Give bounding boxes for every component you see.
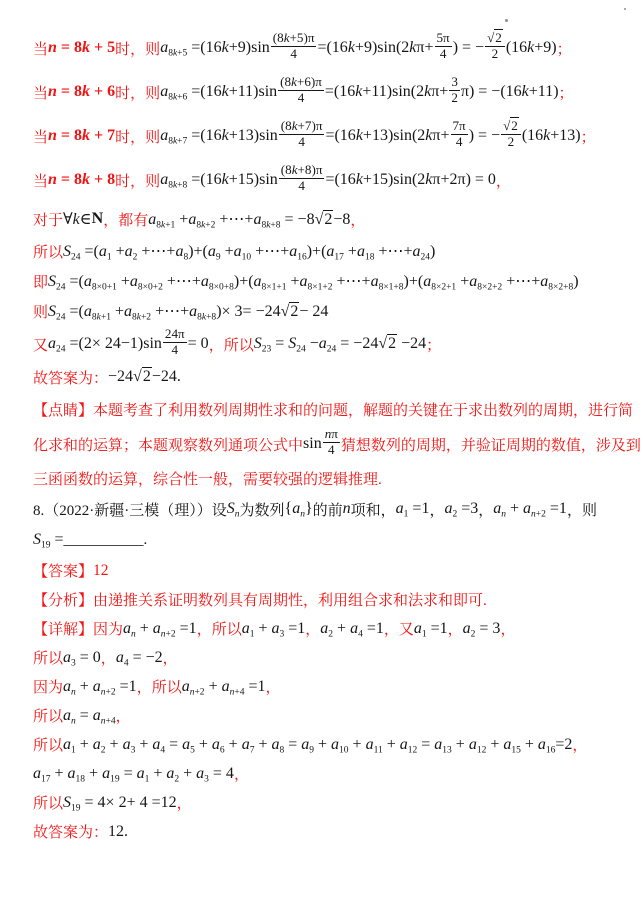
text-run: ，	[177, 792, 192, 813]
text-run: 时，则	[115, 38, 160, 59]
doc-line: 【答案】12	[33, 556, 632, 585]
math-run: a8k+7 =(16k+13)sin(8k+7)π4=(16k+13)sin(2…	[160, 121, 580, 151]
text-run: 猜想数列的周期，并验证周期的数值，涉及到	[341, 434, 641, 455]
math-run: −24√2−24.	[108, 368, 181, 386]
text-run: ，	[478, 499, 493, 520]
text-run: ，	[572, 734, 587, 755]
doc-line: 8.（2022·新疆·三模（理））设Sn为数列{an}的前n项和，a1 =1，a…	[33, 494, 632, 524]
doc-line: 三函函数的运算，综合性一般，需要较强的逻辑推理.	[33, 462, 632, 494]
math-run: n = 8k + 7	[48, 127, 115, 145]
doc-line: 对于∀k∈N，都有a8k+1 +a8k+2 +⋯+a8k+8 = −8√2−8，	[33, 202, 632, 236]
doc-line: 所以S24 =(a1 +a2 +⋯+a8)+(a9 +a10 +⋯+a16)+(…	[33, 236, 632, 266]
doc-line: 所以a3 = 0，a4 = −2，	[33, 643, 632, 672]
math-run: a2 = 3	[463, 620, 501, 638]
doc-line: 则S24 =(a8k+1 +a8k+2 +⋯+a8k+8)× 3= −24√2−…	[33, 296, 632, 326]
text-run: 三函函数的运算，综合性一般，需要较强的逻辑推理.	[33, 468, 382, 489]
text-run: 故答案为：	[33, 367, 108, 388]
text-run: ，所以	[197, 618, 242, 639]
doc-line: 当n = 8k + 7时，则a8k+7 =(16k+13)sin(8k+7)π4…	[33, 114, 632, 158]
math-run: a1 =1	[396, 500, 430, 518]
math-run: S24 =(a8×0+1 +a8×0+2 +⋯+a8×0+8)+(a8×1+1 …	[48, 271, 579, 291]
math-run: n = 8k + 6	[48, 83, 115, 101]
text-run: 项和，	[351, 499, 396, 520]
text-run: 因为	[33, 676, 63, 697]
doc-line: 化求和的运算；本题观察数列通项公式中sinnπ4猜想数列的周期，并验证周期的数值…	[33, 426, 632, 462]
doc-line: 当n = 8k + 8时，则a8k+8 =(16k+15)sin(8k+8)π4…	[33, 158, 632, 202]
math-run: a1 + a3 =1	[242, 620, 306, 638]
math-run: a4 = −2	[116, 649, 163, 667]
math-run: 12.	[108, 823, 128, 841]
math-run: S24 =(a1 +a2 +⋯+a8)+(a9 +a10 +⋯+a16)+(a1…	[63, 241, 435, 261]
math-run: a17 + a18 + a19 = a1 + a2 + a3 = 4	[33, 765, 234, 783]
text-run: ，	[116, 705, 131, 726]
text-run: ；	[557, 38, 572, 59]
text-run: ；	[581, 126, 596, 147]
text-run: 【点睛】本题考查了利用数列周期性求和的问题，解题的关键在于求出数列的周期，进行简	[33, 399, 633, 420]
text-run: 所以	[33, 241, 63, 262]
text-run: 所以	[224, 334, 254, 355]
text-run: ，	[209, 334, 224, 355]
doc-line: a17 + a18 + a19 = a1 + a2 + a3 = 4，	[33, 759, 632, 788]
text-run: 的前	[313, 499, 343, 520]
text-run: 当	[33, 126, 48, 147]
math-run: a8k+5 =(16k+9)sin(8k+5)π4=(16k+9)sin(2kπ…	[160, 33, 556, 63]
doc-line: 又a24 =(2× 24−1)sin24π4= 0，所以S23 = S24 −a…	[33, 326, 632, 362]
text-run: ；	[426, 334, 441, 355]
text-run: 所以	[33, 705, 63, 726]
text-run: 时，则	[115, 170, 160, 191]
math-run: a8k+8 =(16k+15)sin(8k+8)π4=(16k+15)sin(2…	[160, 165, 496, 195]
text-run: 所以	[33, 647, 63, 668]
text-run: 所以	[33, 792, 63, 813]
math-run: an + an+2 =1	[63, 678, 137, 696]
text-run: 当	[33, 170, 48, 191]
text-run: ，	[496, 170, 511, 191]
text-run: 都有	[118, 209, 148, 230]
doc-line: 【详解】因为an + an+2 =1，所以a1 + a3 =1，a2 + a4 …	[33, 614, 632, 643]
math-run: n = 8k + 8	[48, 171, 115, 189]
text-run: ，	[350, 209, 365, 230]
text-run: ，	[305, 618, 320, 639]
math-run: S23 = S24 −a24 = −24√2 −24	[254, 335, 426, 353]
math-run: a1 + a2 + a3 + a4 = a5 + a6 + a7 + a8 = …	[63, 736, 572, 754]
math-run: S24 =(a8k+1 +a8k+2 +⋯+a8k+8)× 3= −24√2− …	[48, 301, 328, 321]
stray-mark	[505, 19, 508, 22]
math-document: 当n = 8k + 5时，则a8k+5 =(16k+9)sin(8k+5)π4=…	[0, 0, 642, 846]
doc-line: 所以a1 + a2 + a3 + a4 = a5 + a6 + a7 + a8 …	[33, 730, 632, 759]
text-run: 化求和的运算；本题观察数列通项公式中	[33, 434, 303, 455]
text-run: ，	[103, 209, 118, 230]
math-run: a24 =(2× 24−1)sin24π4= 0	[48, 329, 209, 359]
math-run: an+2 + an+4 =1	[182, 678, 266, 696]
math-run: S19 =	[33, 531, 64, 549]
doc-line: S19 =__________.	[33, 524, 632, 556]
math-run: an + an+2 =1	[493, 500, 567, 518]
math-run: N	[92, 210, 104, 228]
answer-blank: __________	[64, 531, 144, 549]
math-run: a8k+1 +a8k+2 +⋯+a8k+8 = −8√2−8	[148, 209, 350, 229]
doc-line: 即S24 =(a8×0+1 +a8×0+2 +⋯+a8×0+8)+(a8×1+1…	[33, 266, 632, 296]
text-run: 即	[33, 271, 48, 292]
text-run: 所以	[33, 734, 63, 755]
stray-mark	[624, 8, 626, 10]
text-run: 则	[33, 301, 48, 322]
math-run: a8k+6 =(16k+11)sin(8k+6)π4=(16k+11)sin(2…	[160, 77, 558, 107]
math-run: a3 = 0	[63, 649, 101, 667]
text-run: 对于	[33, 209, 63, 230]
text-run: ，又	[384, 618, 414, 639]
text-run: 时，则	[115, 126, 160, 147]
math-run: a2 =3	[444, 500, 478, 518]
text-run: ，则	[567, 499, 597, 520]
doc-line: 当n = 8k + 6时，则a8k+6 =(16k+11)sin(8k+6)π4…	[33, 70, 632, 114]
math-run: an + an+2 =1	[123, 620, 197, 638]
doc-line: 当n = 8k + 5时，则a8k+5 =(16k+9)sin(8k+5)π4=…	[33, 26, 632, 70]
doc-line: 故答案为：−24√2−24.	[33, 362, 632, 392]
doc-line: 【分析】由递推关系证明数列具有周期性，利用组合求和法求和即可.	[33, 585, 632, 614]
doc-line: 【点睛】本题考查了利用数列周期性求和的问题，解题的关键在于求出数列的周期，进行简	[33, 392, 632, 426]
text-run: 当	[33, 38, 48, 59]
text-run: 【分析】由递推关系证明数列具有周期性，利用组合求和法求和即可.	[33, 589, 487, 610]
text-run: ，	[448, 618, 463, 639]
text-run: 【详解】因为	[33, 618, 123, 639]
text-run: 8.（2022·新疆·三模（理））设	[33, 499, 227, 520]
text-run: ，	[429, 499, 444, 520]
math-run: S19 = 4× 2+ 4 =12	[63, 794, 177, 812]
math-run: a2 + a4 =1	[320, 620, 384, 638]
math-run: a1 =1	[414, 620, 448, 638]
text-run: ，	[163, 647, 178, 668]
text-run: 当	[33, 82, 48, 103]
text-run: ，	[234, 763, 249, 784]
text-run: 【答案】	[33, 560, 93, 581]
doc-line: 所以an = an+4，	[33, 701, 632, 730]
text-run: ；	[559, 82, 574, 103]
text-run: ，	[265, 676, 280, 697]
math-run: Sn	[227, 500, 240, 518]
text-run: ，	[500, 618, 515, 639]
math-run: {an}	[285, 500, 313, 518]
text-run: ，所以	[137, 676, 182, 697]
text-run: ，	[101, 647, 116, 668]
text-run: 故答案为：	[33, 821, 108, 842]
text-run: 12	[93, 562, 109, 580]
doc-line: 因为an + an+2 =1，所以an+2 + an+4 =1，	[33, 672, 632, 701]
math-run: an = an+4	[63, 707, 116, 725]
text-run: 时，则	[115, 82, 160, 103]
doc-line: 故答案为：12.	[33, 817, 632, 846]
math-run: n	[343, 500, 351, 518]
math-run: sinnπ4	[303, 429, 341, 459]
text-run: 又	[33, 334, 48, 355]
doc-line: 所以S19 = 4× 2+ 4 =12，	[33, 788, 632, 817]
text-run: 为数列	[240, 499, 285, 520]
text-run: .	[144, 532, 148, 549]
math-run: n = 8k + 5	[48, 39, 115, 57]
math-run: ∀k∈	[63, 209, 92, 229]
